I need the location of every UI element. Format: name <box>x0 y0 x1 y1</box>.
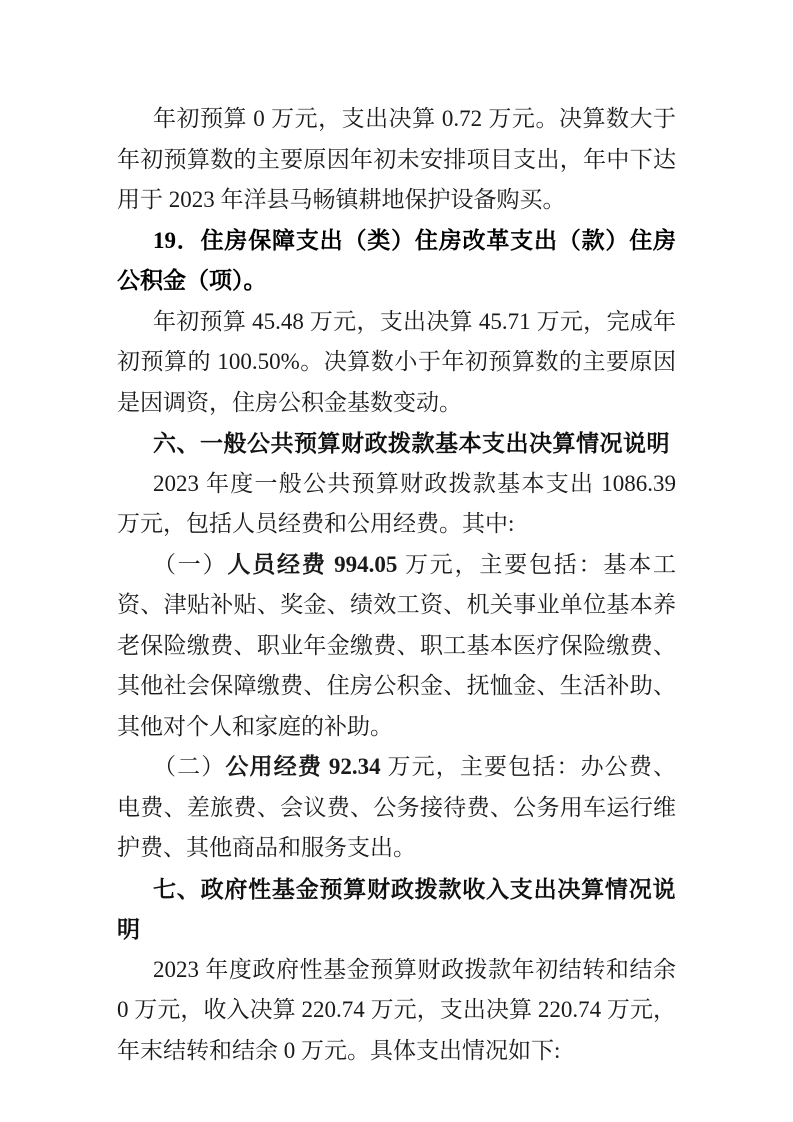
document-page: 年初预算 0 万元，支出决算 0.72 万元。决算数大于年初预算数的主要原因年初… <box>0 0 793 1122</box>
public-prefix: （二） <box>153 754 225 779</box>
heading-section-6-basic-expenditure: 六、一般公共预算财政拨款基本支出决算情况说明 <box>117 423 676 464</box>
public-expense-amount: 公用经费 92.34 <box>225 754 380 779</box>
para-item19-detail: 年初预算 45.48 万元，支出决算 45.71 万元，完成年初预算的 100.… <box>117 302 676 424</box>
heading-item19-housing: 19．住房保障支出（类）住房改革支出（款）住房公积金（项）。 <box>117 221 676 302</box>
para-item18-detail: 年初预算 0 万元，支出决算 0.72 万元。决算数大于年初预算数的主要原因年初… <box>117 99 676 221</box>
heading-section-7-government-fund: 七、政府性基金预算财政拨款收入支出决算情况说明 <box>117 869 676 950</box>
para-personnel-expense: （一）人员经费 994.05 万元，主要包括：基本工资、津贴补贴、奖金、绩效工资… <box>117 545 676 748</box>
para-section6-intro: 2023 年度一般公共预算财政拨款基本支出 1086.39 万元，包括人员经费和… <box>117 464 676 545</box>
personnel-expense-amount: 人员经费 994.05 <box>227 552 397 577</box>
para-section7-intro: 2023 年度政府性基金预算财政拨款年初结转和结余 0 万元，收入决算 220.… <box>117 950 676 1072</box>
personnel-detail: 万元，主要包括：基本工资、津贴补贴、奖金、绩效工资、机关事业单位基本养老保险缴费… <box>117 552 676 739</box>
personnel-prefix: （一） <box>153 552 227 577</box>
para-public-expense: （二）公用经费 92.34 万元，主要包括：办公费、电费、差旅费、会议费、公务接… <box>117 747 676 869</box>
